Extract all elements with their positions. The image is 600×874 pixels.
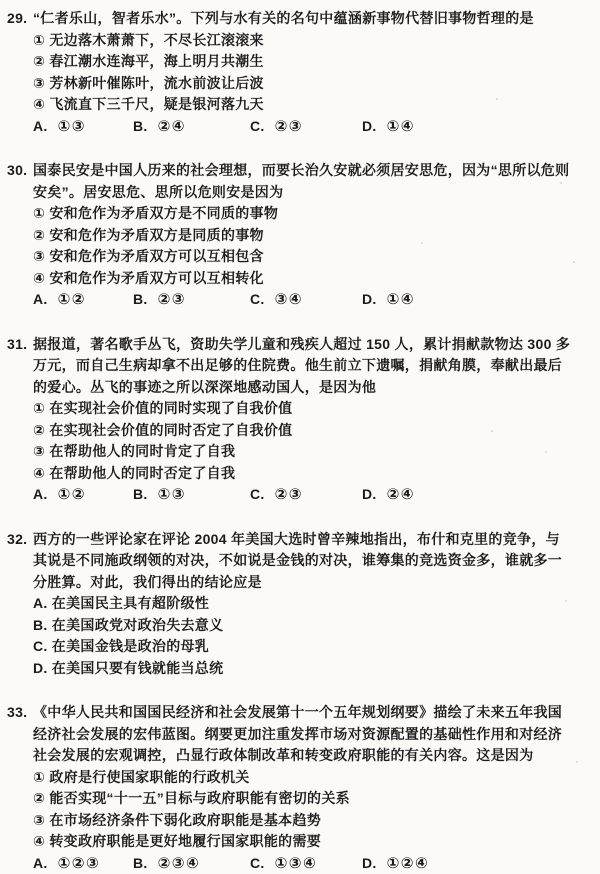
question-stem: 《中华人民共和国国民经济和社会发展第十一个五年规划纲要》描绘了未来五年我国经济社…: [33, 702, 571, 767]
choice-value: ①②: [58, 291, 86, 308]
exam-page: 29. “仁者乐山，智者乐水”。下列与水有关的名句中蕴涵新事物代替旧事物哲理的是…: [0, 0, 600, 874]
choice-d: D.②④: [362, 484, 571, 506]
choice-b: B.②③④: [133, 853, 250, 874]
choice-c: C.①③④: [250, 853, 362, 874]
statement-item-3: ③ 芳林新叶催陈叶，流水前波让后波: [33, 73, 571, 95]
option-b: B. 在美国政党对政治失去意义: [33, 615, 571, 637]
choice-value: ②④: [158, 118, 186, 135]
choice-c: C.②③: [250, 116, 362, 138]
question-number: 29.: [7, 8, 33, 137]
question-body: 西方的一些评论家在评论 2004 年美国大选时曾辛辣地指出，布什和克里的竞争，与…: [33, 529, 571, 680]
choice-value: ①③④: [275, 855, 318, 872]
choice-label: D.: [362, 118, 377, 134]
choice-value: ②④: [387, 486, 415, 503]
choice-value: ①④: [387, 118, 415, 135]
option-a: A. 在美国民主具有超阶级性: [33, 593, 571, 615]
statement-item-1: ① 无边落木萧萧下，不尽长江滚滚来: [33, 30, 571, 52]
statement-item-4: ④ 在帮助他人的同时否定了自我: [33, 463, 571, 485]
question-body: 据报道，著名歌手丛飞，资助失学儿童和残疾人超过 150 人，累计捐献款物达 30…: [33, 334, 571, 506]
option-d: D. 在美国只要有钱就能当总统: [33, 658, 571, 680]
question-body: “仁者乐山，智者乐水”。下列与水有关的名句中蕴涵新事物代替旧事物哲理的是 ① 无…: [33, 8, 571, 137]
choice-a: A.①②: [33, 289, 133, 311]
statement-item-4: ④ 飞流直下三千尺，疑是银河落九天: [33, 94, 571, 116]
choice-label: D.: [362, 291, 377, 307]
choice-value: ①②③: [58, 855, 101, 872]
choice-value: ①③: [158, 486, 186, 503]
question-31: 31. 据报道，著名歌手丛飞，资助失学儿童和残疾人超过 150 人，累计捐献款物…: [7, 334, 571, 506]
choice-label: A.: [33, 118, 48, 134]
choice-label: B.: [133, 291, 148, 307]
question-33: 33. 《中华人民共和国国民经济和社会发展第十一个五年规划纲要》描绘了未来五年我…: [7, 702, 571, 874]
choice-c: C.③④: [250, 289, 362, 311]
answer-choices-row: A.①② B.②③ C.③④ D.①④: [33, 289, 571, 311]
statement-item-2: ② 春江潮水连海平，海上明月共潮生: [33, 51, 571, 73]
choice-value: ①③: [58, 118, 86, 135]
choice-label: B.: [133, 486, 148, 502]
choice-value: ①②④: [387, 855, 430, 872]
question-30: 30. 国泰民安是中国人历来的社会理想，而要长治久安就必须居安思危，因为“思所以…: [7, 160, 571, 311]
answer-choices-row: A.①②③ B.②③④ C.①③④ D.①②④: [33, 853, 571, 874]
choice-d: D.①④: [362, 116, 571, 138]
choice-c: C.②③: [250, 484, 362, 506]
choice-label: C.: [250, 291, 265, 307]
statement-item-3: ③ 在市场经济条件下弱化政府职能是基本趋势: [33, 810, 571, 832]
option-c: C. 在美国金钱是政治的母乳: [33, 636, 571, 658]
question-number: 31.: [7, 334, 33, 506]
statement-item-2: ② 能否实现“十一五”目标与政府职能有密切的关系: [33, 788, 571, 810]
choice-b: B.②④: [133, 116, 250, 138]
question-stem: 国泰民安是中国人历来的社会理想，而要长治久安就必须居安思危，因为“思所以危则安矣…: [33, 160, 571, 203]
choice-a: A.①③: [33, 116, 133, 138]
choice-label: B.: [133, 118, 148, 134]
statement-item-4: ④ 安和危作为矛盾双方可以互相转化: [33, 268, 571, 290]
choice-label: D.: [362, 486, 377, 502]
choice-b: B.②③: [133, 289, 250, 311]
question-number: 32.: [7, 529, 33, 680]
choice-value: ②③④: [158, 855, 201, 872]
choice-value: ③④: [275, 291, 303, 308]
answer-choices-row: A.①③ B.②④ C.②③ D.①④: [33, 116, 571, 138]
statement-item-2: ② 在实现社会价值的同时否定了自我价值: [33, 420, 571, 442]
choice-label: A.: [33, 855, 48, 871]
choice-label: C.: [250, 486, 265, 502]
statement-item-3: ③ 安和危作为矛盾双方可以互相包含: [33, 246, 571, 268]
choice-d: D.①④: [362, 289, 571, 311]
choice-b: B.①③: [133, 484, 250, 506]
question-stem: “仁者乐山，智者乐水”。下列与水有关的名句中蕴涵新事物代替旧事物哲理的是: [33, 8, 571, 30]
question-stem: 据报道，著名歌手丛飞，资助失学儿童和残疾人超过 150 人，累计捐献款物达 30…: [33, 334, 571, 399]
choice-a: A.①②: [33, 484, 133, 506]
choice-label: A.: [33, 291, 48, 307]
choice-value: ①④: [387, 291, 415, 308]
answer-choices-row: A.①② B.①③ C.②③ D.②④: [33, 484, 571, 506]
choice-label: C.: [250, 855, 265, 871]
statement-item-1: ① 安和危作为矛盾双方是不同质的事物: [33, 203, 571, 225]
choice-value: ②③: [158, 291, 186, 308]
choice-label: C.: [250, 118, 265, 134]
question-number: 30.: [7, 160, 33, 311]
question-29: 29. “仁者乐山，智者乐水”。下列与水有关的名句中蕴涵新事物代替旧事物哲理的是…: [7, 8, 571, 137]
statement-item-1: ① 政府是行使国家职能的行政机关: [33, 767, 571, 789]
choice-label: D.: [362, 855, 377, 871]
choice-a: A.①②③: [33, 853, 133, 874]
question-body: 国泰民安是中国人历来的社会理想，而要长治久安就必须居安思危，因为“思所以危则安矣…: [33, 160, 571, 311]
choice-value: ①②: [58, 486, 86, 503]
choice-label: A.: [33, 486, 48, 502]
question-stem: 西方的一些评论家在评论 2004 年美国大选时曾辛辣地指出，布什和克里的竞争，与…: [33, 529, 571, 594]
choice-value: ②③: [275, 118, 303, 135]
question-number: 33.: [7, 702, 33, 874]
statement-item-2: ② 安和危作为矛盾双方是同质的事物: [33, 225, 571, 247]
choice-value: ②③: [275, 486, 303, 503]
question-32: 32. 西方的一些评论家在评论 2004 年美国大选时曾辛辣地指出，布什和克里的…: [7, 529, 571, 680]
choice-d: D.①②④: [362, 853, 571, 874]
statement-item-3: ③ 在帮助他人的同时肯定了自我: [33, 441, 571, 463]
statement-item-4: ④ 转变政府职能是更好地履行国家职能的需要: [33, 831, 571, 853]
question-body: 《中华人民共和国国民经济和社会发展第十一个五年规划纲要》描绘了未来五年我国经济社…: [33, 702, 571, 874]
statement-item-1: ① 在实现社会价值的同时实现了自我价值: [33, 398, 571, 420]
choice-label: B.: [133, 855, 148, 871]
